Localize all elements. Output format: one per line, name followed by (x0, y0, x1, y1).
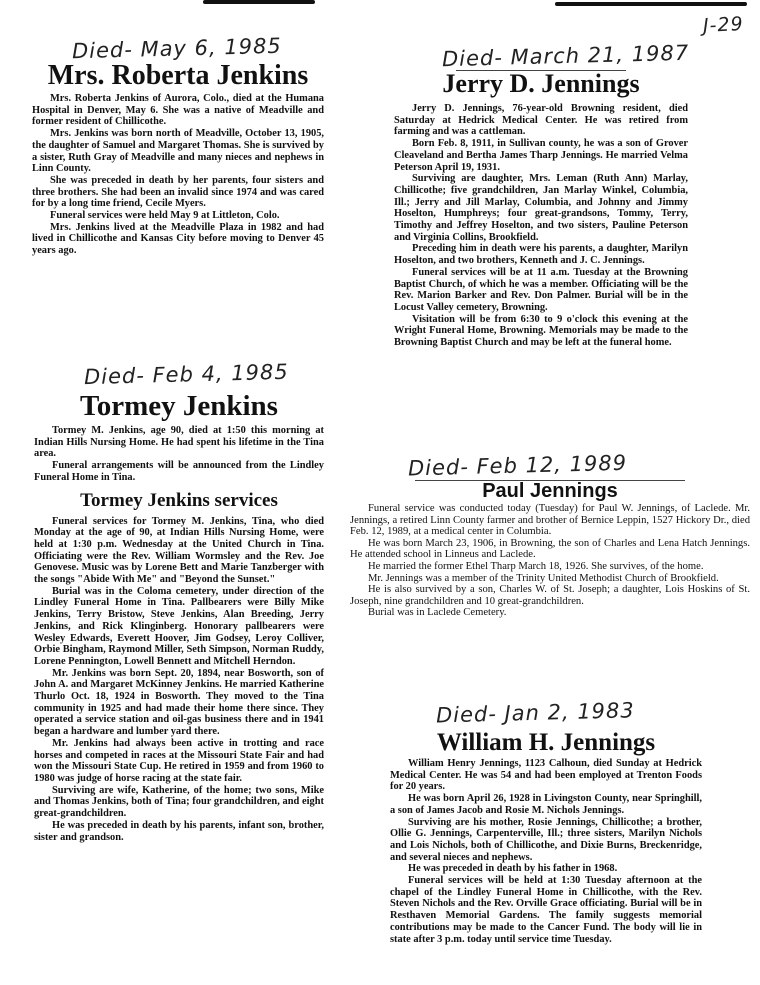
obituary-paragraph: Funeral services for Tormey M. Jenkins, … (34, 516, 324, 586)
obituary-paragraph: He was born March 23, 1906, in Browning,… (350, 538, 750, 561)
obituary-headline: William H. Jennings (390, 730, 702, 755)
obituary-paragraph: Visitation will be from 6:30 to 9 o'cloc… (394, 314, 688, 349)
obituary-body: Tormey M. Jenkins, age 90, died at 1:50 … (34, 425, 324, 484)
obituary-paragraph: Burial was in Laclede Cemetery. (350, 607, 750, 619)
obituary-paragraph: Born Feb. 8, 1911, in Sullivan county, h… (394, 138, 688, 173)
obituary-paragraph: Mr. Jennings was a member of the Trinity… (350, 573, 750, 585)
obituary-body: Mrs. Roberta Jenkins of Aurora, Colo., d… (32, 93, 324, 257)
services-subheadline: Tormey Jenkins services (34, 490, 324, 512)
scan-edge-mark (555, 2, 747, 6)
obituary-paragraph: Surviving are his mother, Rosie Jennings… (390, 817, 702, 864)
obituary-body: Jerry D. Jennings, 76-year-old Browning … (394, 103, 688, 349)
obituary-paragraph: He was preceded in death by his parents,… (34, 820, 324, 843)
obituary-clipping: Died- Jan 2, 1983 William H. Jennings Wi… (390, 700, 702, 945)
obituary-clipping: Died- Feb 12, 1989 Paul Jennings Funeral… (350, 452, 750, 619)
obituary-paragraph: Mrs. Jenkins was born north of Meadville… (32, 128, 324, 175)
obituary-paragraph: Funeral services were held May 9 at Litt… (32, 210, 324, 222)
obituary-paragraph: Preceding him in death were his parents,… (394, 243, 688, 266)
obituary-paragraph: Mrs. Roberta Jenkins of Aurora, Colo., d… (32, 93, 324, 128)
obituary-paragraph: Tormey M. Jenkins, age 90, died at 1:50 … (34, 425, 324, 460)
obituary-clipping: Died- Feb 4, 1985 Tormey Jenkins Tormey … (34, 362, 324, 843)
obituary-paragraph: He married the former Ethel Tharp March … (350, 561, 750, 573)
obituary-headline: Jerry D. Jennings (394, 71, 688, 97)
obituary-paragraph: Funeral services will be at 11 a.m. Tues… (394, 267, 688, 314)
obituary-paragraph: He was preceded in death by his father i… (390, 863, 702, 875)
obituary-paragraph: Funeral services will be held at 1:30 Tu… (390, 875, 702, 945)
handwritten-death-date: Died- Jan 2, 1983 (436, 697, 703, 728)
obituary-paragraph: William Henry Jennings, 1123 Calhoun, di… (390, 758, 702, 793)
handwritten-death-date: Died- March 21, 1987 (442, 41, 689, 71)
page-code-annotation: J-29 (703, 13, 745, 37)
handwritten-death-date: Died- May 6, 1985 (72, 33, 325, 64)
obituary-paragraph: Burial was in the Coloma cemetery, under… (34, 586, 324, 668)
obituary-paragraph: Funeral service was conducted today (Tue… (350, 503, 750, 538)
obituary-headline: Paul Jennings (350, 481, 750, 501)
scan-edge-mark (203, 0, 315, 4)
obituary-paragraph: Funeral arrangements will be announced f… (34, 460, 324, 483)
obituary-paragraph: Surviving are wife, Katherine, of the ho… (34, 785, 324, 820)
obituary-headline: Tormey Jenkins (34, 392, 324, 421)
services-body: Funeral services for Tormey M. Jenkins, … (34, 516, 324, 844)
obituary-paragraph: She was preceded in death by her parents… (32, 175, 324, 210)
obituary-clipping: Died- May 6, 1985 Mrs. Roberta Jenkins M… (32, 36, 324, 257)
obituary-paragraph: He was born April 26, 1928 in Livingston… (390, 793, 702, 816)
obituary-headline: Mrs. Roberta Jenkins (32, 62, 324, 90)
obituary-clipping: Died- March 21, 1987 Jerry D. Jennings J… (394, 44, 688, 349)
handwritten-death-date: Died- Feb 12, 1989 (408, 448, 751, 481)
obituary-paragraph: Mr. Jenkins had always been active in tr… (34, 738, 324, 785)
obituary-body: William Henry Jennings, 1123 Calhoun, di… (390, 758, 702, 945)
obituary-paragraph: Jerry D. Jennings, 76-year-old Browning … (394, 103, 688, 138)
obituary-paragraph: Surviving are daughter, Mrs. Leman (Ruth… (394, 173, 688, 243)
obituary-paragraph: He is also survived by a son, Charles W.… (350, 584, 750, 607)
obituary-paragraph: Mr. Jenkins was born Sept. 20, 1894, nea… (34, 668, 324, 738)
obituary-paragraph: Mrs. Jenkins lived at the Meadville Plaz… (32, 222, 324, 257)
obituary-body: Funeral service was conducted today (Tue… (350, 503, 750, 619)
handwritten-death-date: Died- Feb 4, 1985 (84, 359, 325, 389)
